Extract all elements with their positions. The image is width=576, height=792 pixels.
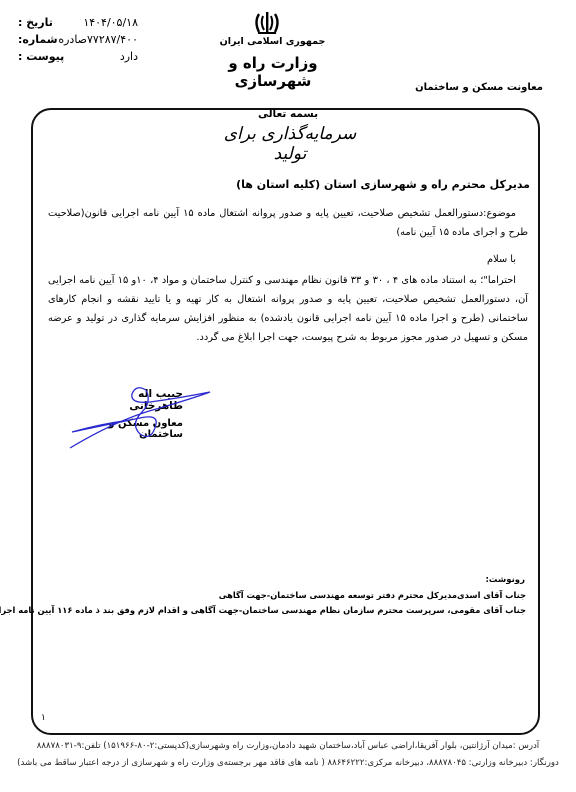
footer-fax: دورنگار: دبیرخانه وزارتی: ۸۸۸۷۸۰۴۵، دبیر… <box>14 758 562 768</box>
bismillah: بسمه تعالی <box>238 108 338 120</box>
deputy-title: معاونت مسکن و ساختمان <box>395 82 543 93</box>
cc-title: رونوشت: <box>420 575 525 585</box>
date-label: تاریخ : <box>18 14 53 31</box>
cc-item: جناب آقای اسدی‌مدیرکل محترم دفتر توسعه م… <box>44 590 526 600</box>
number-label: شماره: <box>18 31 58 48</box>
iran-emblem-icon <box>250 10 284 36</box>
number-value: ۷۷۲۸۷/۴۰۰صادره <box>58 31 138 48</box>
footer-address: آدرس :میدان آرژانتین، بلوار آفریقا،اراضی… <box>14 741 562 751</box>
ministry-title: وزارت راه و شهرسازی <box>200 54 346 90</box>
cc-item: جناب آقای مقومی، سرپرست محترم سازمان نظا… <box>44 605 526 615</box>
body-paragraph: احتراما"؛ به استناد ماده های ۴ ، ۳۰ و ۳۳… <box>48 271 528 347</box>
signature-scribble-icon <box>60 378 220 458</box>
date-row: تاریخ : ۱۴۰۴/۰۵/۱۸ <box>18 14 138 31</box>
attachment-value: دارد <box>98 48 138 65</box>
republic-title: جمهوری اسلامی ایران <box>210 36 335 47</box>
letter-meta: تاریخ : ۱۴۰۴/۰۵/۱۸ شماره: ۷۷۲۸۷/۴۰۰صادره… <box>18 14 138 65</box>
page-number: ۱ <box>41 713 46 723</box>
date-value: ۱۴۰۴/۰۵/۱۸ <box>83 14 138 31</box>
attachment-label: پیوست : <box>18 48 64 65</box>
recipient: مدیرکل محترم راه و شهرسازی استان (کلیه ا… <box>200 178 530 191</box>
number-row: شماره: ۷۷۲۸۷/۴۰۰صادره <box>18 31 138 48</box>
greeting: با سلام <box>48 250 528 269</box>
subject-line: موضوع:دستورالعمل تشخیص صلاحیت، تعیین پای… <box>48 204 528 242</box>
attachment-row: پیوست : دارد <box>18 48 138 65</box>
year-slogan: سرمایه‌گذاری برای تولید <box>210 124 370 164</box>
